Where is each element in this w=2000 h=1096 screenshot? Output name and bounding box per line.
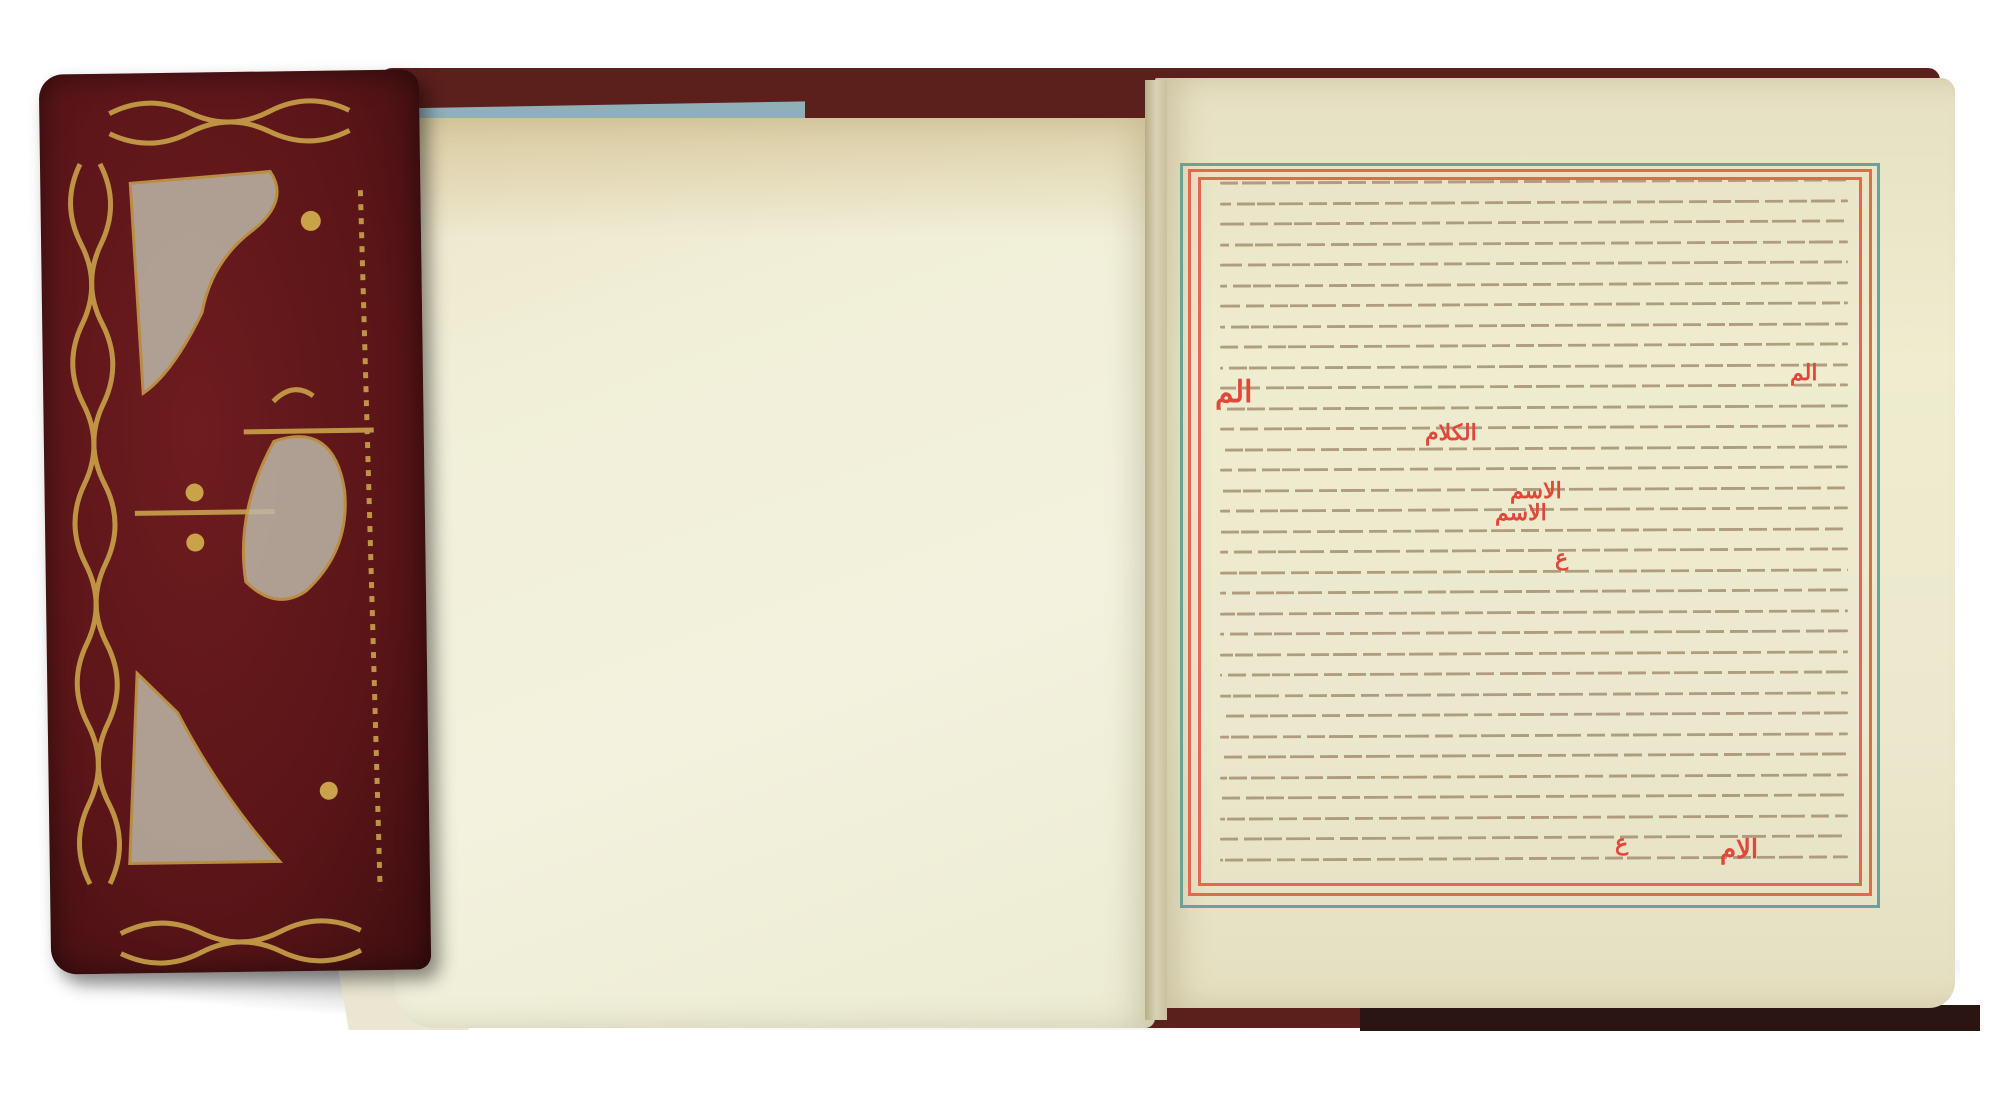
text-line — [1220, 588, 1848, 594]
text-line — [1220, 773, 1848, 779]
gilt-tooling-decoration — [39, 69, 432, 974]
text-line — [1220, 424, 1848, 430]
text-line — [1220, 547, 1848, 553]
text-line — [1220, 180, 1848, 185]
text-line — [1220, 383, 1848, 389]
rubric-7: ع — [1615, 830, 1628, 856]
rubric-6: ع — [1555, 545, 1568, 571]
rubric-8: الام — [1720, 835, 1758, 865]
text-line — [1220, 404, 1848, 410]
text-line — [1220, 670, 1848, 676]
text-line — [1220, 281, 1848, 287]
text-line — [1220, 260, 1848, 266]
leather-flap-cover — [39, 69, 432, 974]
rubric-1: الم — [1215, 375, 1252, 410]
text-line — [1220, 465, 1848, 471]
rubric-5: الاسم — [1495, 500, 1547, 526]
text-line — [1220, 363, 1848, 369]
bottom-board-edge — [1360, 1005, 1980, 1031]
text-line — [1220, 342, 1848, 348]
blank-left-page — [395, 118, 1155, 1028]
manuscript-photo: الم الم الكلام الاسم الاسم ع ع الام — [0, 0, 2000, 1096]
text-line — [1220, 732, 1848, 738]
text-line — [1220, 527, 1848, 533]
text-line — [1220, 814, 1848, 820]
text-line — [1220, 240, 1848, 246]
text-line — [1220, 691, 1848, 697]
text-line — [1220, 568, 1848, 574]
text-line — [1220, 711, 1848, 717]
text-line — [1220, 793, 1848, 799]
text-line — [1220, 752, 1848, 758]
text-line — [1220, 219, 1848, 225]
text-line — [1220, 445, 1848, 451]
text-line — [1220, 629, 1848, 635]
text-line — [1220, 301, 1848, 307]
book-gutter — [1145, 80, 1167, 1020]
text-line — [1220, 650, 1848, 656]
text-line — [1220, 199, 1848, 205]
text-line — [1220, 322, 1848, 328]
text-line — [1220, 609, 1848, 615]
rubric-3: الكلام — [1425, 420, 1477, 446]
rubric-2: الم — [1790, 360, 1817, 386]
